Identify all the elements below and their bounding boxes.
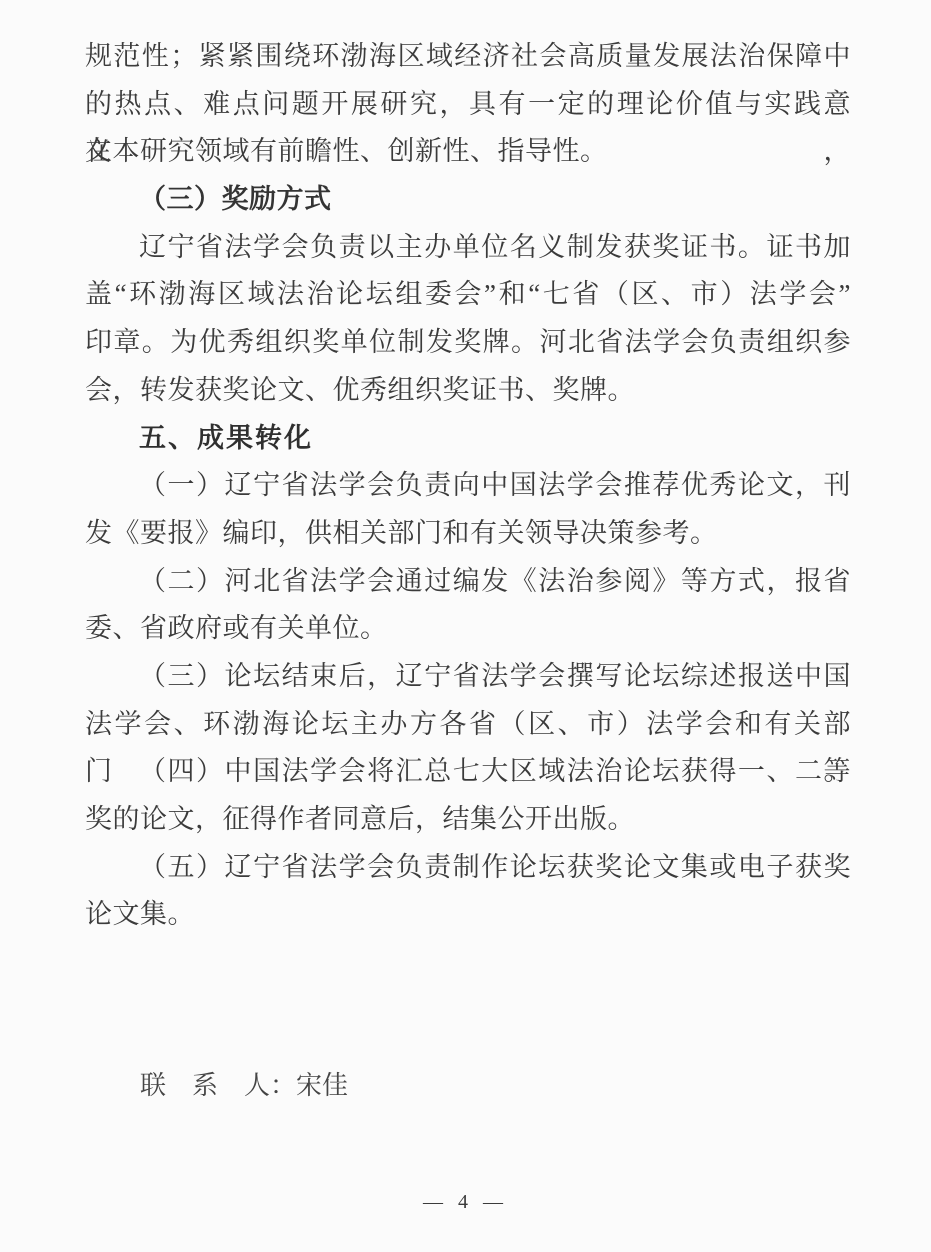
- text-line: （三）论坛结束后，辽宁省法学会撰写论坛综述报送中国: [85, 653, 851, 701]
- text-line: 论文集。: [85, 891, 851, 939]
- page-number: — 4 —: [0, 1186, 931, 1218]
- text-line: （四）中国法学会将汇总七大区域法治论坛获得一、二等: [85, 748, 851, 796]
- text-line: 的热点、难点问题开展研究，具有一定的理论价值与实践意义，: [85, 81, 851, 129]
- text-line: 五、成果转化: [85, 415, 851, 463]
- document-page: 规范性；紧紧围绕环渤海区域经济社会高质量发展法治保障中的热点、难点问题开展研究，…: [0, 0, 931, 1252]
- text-line: （三）奖励方式: [85, 176, 851, 224]
- text-line: 委、省政府或有关单位。: [85, 605, 851, 653]
- text-line: 辽宁省法学会负责以主办单位名义制发获奖证书。证书加: [85, 224, 851, 272]
- text-line: （一）辽宁省法学会负责向中国法学会推荐优秀论文，刊: [85, 462, 851, 510]
- text-line: （二）河北省法学会通过编发《法治参阅》等方式，报省: [85, 558, 851, 606]
- text-line: 发《要报》编印，供相关部门和有关领导决策参考。: [85, 510, 851, 558]
- text-line: 印章。为优秀组织奖单位制发奖牌。河北省法学会负责组织参: [85, 319, 851, 367]
- text-line: 盖“环渤海区域法治论坛组委会”和“七省（区、市）法学会”: [85, 271, 851, 319]
- text-line: 会，转发获奖论文、优秀组织奖证书、奖牌。: [85, 367, 851, 415]
- text-line: 规范性；紧紧围绕环渤海区域经济社会高质量发展法治保障中: [85, 33, 851, 81]
- text-line: 奖的论文，征得作者同意后，结集公开出版。: [85, 796, 851, 844]
- contact-person-line: 联 系 人：宋佳: [85, 1062, 348, 1110]
- text-line: 法学会、环渤海论坛主办方各省（区、市）法学会和有关部门。: [85, 701, 851, 749]
- document-lines: 规范性；紧紧围绕环渤海区域经济社会高质量发展法治保障中的热点、难点问题开展研究，…: [85, 33, 851, 939]
- text-line: （五）辽宁省法学会负责制作论坛获奖论文集或电子获奖: [85, 844, 851, 892]
